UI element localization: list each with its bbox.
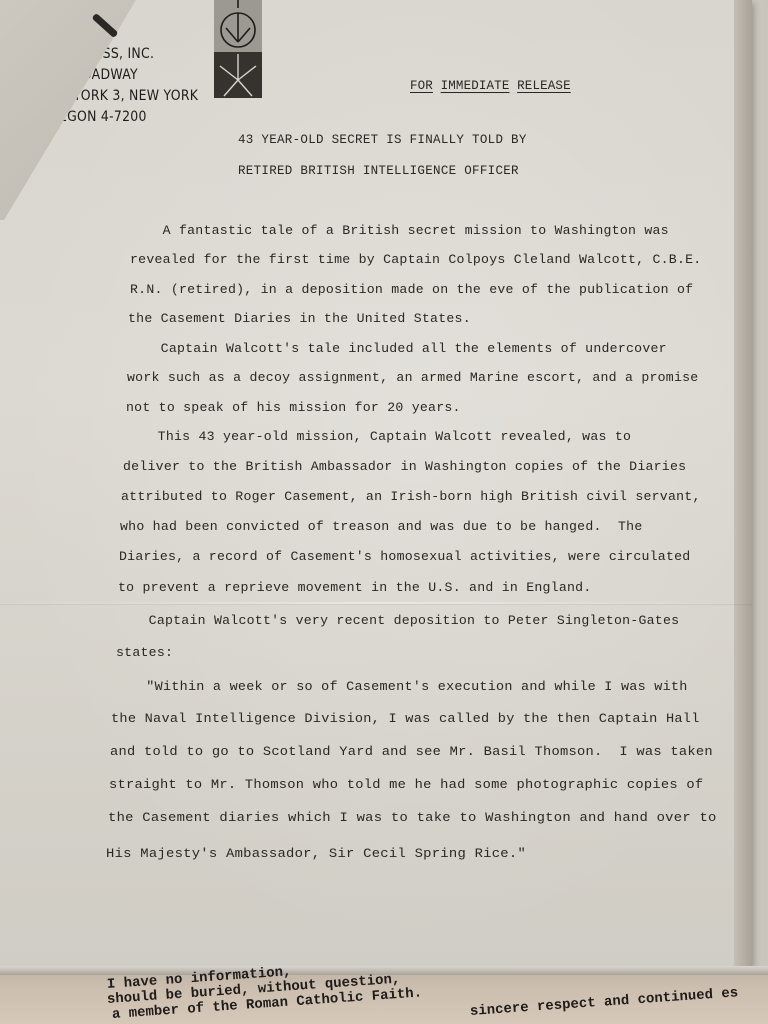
body-line: A fantastic tale of a British secret mis… [130, 223, 669, 238]
body-line: R.N. (retired), in a deposition made on … [130, 282, 693, 297]
press-release-page: PRESS, INC. BROADWAY EW YORK 3, NEW YORK… [0, 0, 752, 966]
body-line: the Naval Intelligence Division, I was c… [111, 711, 700, 726]
body-line: Captain Walcott's very recent deposition… [116, 613, 679, 628]
publisher-logo [214, 0, 262, 98]
body-line: to prevent a reprieve movement in the U.… [118, 580, 592, 595]
headline-line-1: 43 YEAR-OLD SECRET IS FINALLY TOLD BY [238, 133, 527, 147]
page-edge [734, 0, 752, 966]
body-line: Captain Walcott's tale included all the … [128, 341, 667, 356]
body-line: work such as a decoy assignment, an arme… [127, 370, 698, 385]
body-line: states: [116, 645, 173, 660]
body-line: the Casement diaries which I was to take… [108, 810, 717, 825]
body-line: deliver to the British Ambassador in Was… [123, 459, 686, 474]
body-line: Diaries, a record of Casement's homosexu… [119, 549, 690, 564]
bleed-through-text: …………………………… [440, 84, 519, 98]
body-line: who had been convicted of treason and wa… [120, 519, 642, 534]
release-label-release: RELEASE [517, 79, 571, 93]
body-line: not to speak of his mission for 20 years… [126, 400, 461, 415]
headline-line-2: RETIRED BRITISH INTELLIGENCE OFFICER [238, 164, 519, 178]
body-line: attributed to Roger Casement, an Irish-b… [121, 489, 701, 504]
body-line: "Within a week or so of Casement's execu… [113, 679, 688, 694]
body-line: His Majesty's Ambassador, Sir Cecil Spri… [106, 846, 526, 861]
body-line: the Casement Diaries in the United State… [128, 311, 471, 326]
photo-stage: PRESS, INC. BROADWAY EW YORK 3, NEW YORK… [0, 0, 768, 1024]
underlying-page: I have no information, should be buried,… [0, 966, 768, 1024]
fold-crease [0, 602, 752, 604]
release-label-for: FOR [410, 79, 433, 93]
asterisk-star-icon [214, 52, 262, 98]
body-line: This 43 year-old mission, Captain Walcot… [125, 429, 631, 444]
under-line-4: sincere respect and continued es [469, 985, 738, 1020]
body-line: revealed for the first time by Captain C… [130, 252, 701, 267]
circle-arrow-down-icon [214, 0, 262, 52]
body-line: and told to go to Scotland Yard and see … [110, 744, 713, 759]
body-line: straight to Mr. Thomson who told me he h… [109, 777, 703, 792]
